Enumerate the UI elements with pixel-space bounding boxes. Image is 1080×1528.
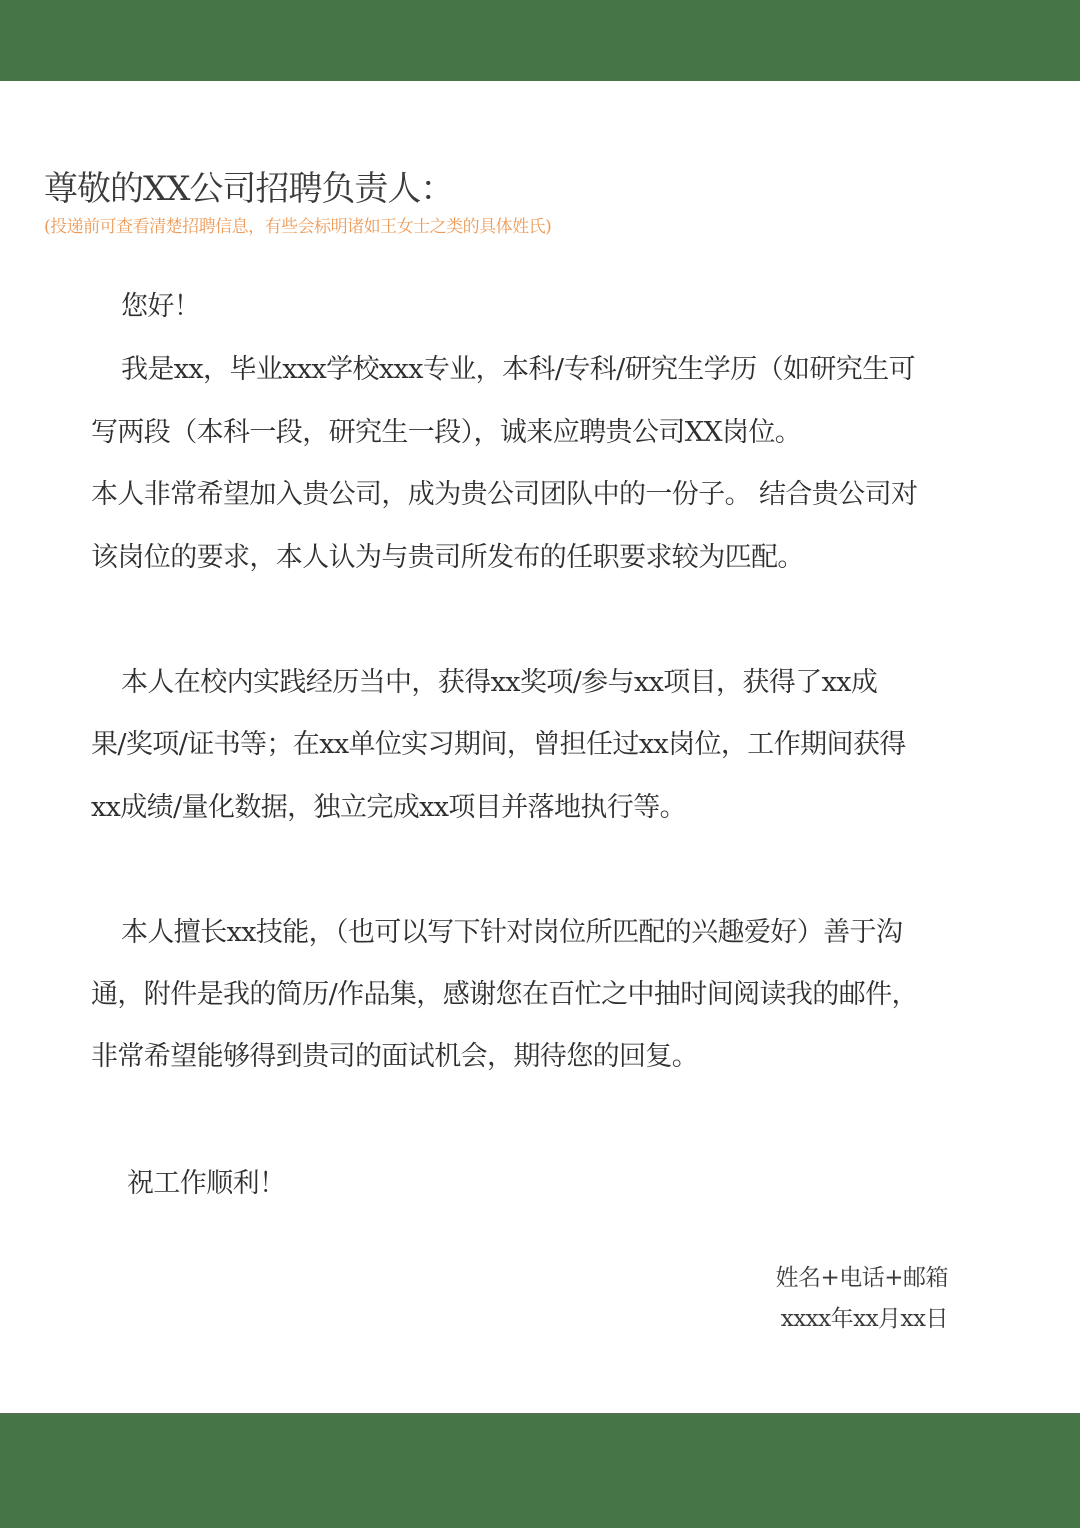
paragraph-line: 本人擅长xx技能，（也可以写下针对岗位所匹配的兴趣爱好）善于沟 — [121, 913, 902, 953]
bottom-green-band — [0, 1413, 1080, 1528]
paragraph-line: 通，附件是我的简历/作品集，感谢您在百忙之中抽时间阅读我的邮件， — [91, 975, 918, 1015]
paragraph-line: 本人在校内实践经历当中，获得xx奖项/参与xx项目，获得了xx成 — [121, 663, 877, 703]
paragraph-line: 写两段（本科一段，研究生一段），诚来应聘贵公司XX岗位。 — [91, 413, 801, 453]
paragraph-line: 本人非常希望加入贵公司，成为贵公司团队中的一份子。 结合贵公司对 — [91, 475, 917, 515]
paragraph-line: 该岗位的要求，本人认为与贵司所发布的任职要求较为匹配。 — [91, 538, 804, 578]
signature-contact: 姓名+电话+邮箱 — [775, 1262, 948, 1294]
paragraph-line: xx成绩/量化数据，独立完成xx项目并落地执行等。 — [91, 788, 686, 828]
greeting: 您好！ — [121, 287, 200, 327]
top-green-band — [0, 0, 1080, 81]
paragraph-line: 我是xx，毕业xxx学校xxx专业，本科/专科/研究生学历（如研究生可 — [121, 350, 915, 390]
paragraph-line: 非常希望能够得到贵司的面试机会，期待您的回复。 — [91, 1037, 698, 1077]
salutation-note: (投递前可查看清楚招聘信息，有些会标明诸如王女士之类的具体姓氏) — [44, 215, 551, 239]
salutation-title: 尊敬的XX公司招聘负责人： — [44, 166, 453, 212]
paragraph-line: 果/奖项/证书等；在xx单位实习期间，曾担任过xx岗位，工作期间获得 — [91, 725, 906, 765]
signature-date: xxxx年xx月xx日 — [781, 1303, 948, 1335]
closing: 祝工作顺利！ — [127, 1164, 285, 1204]
